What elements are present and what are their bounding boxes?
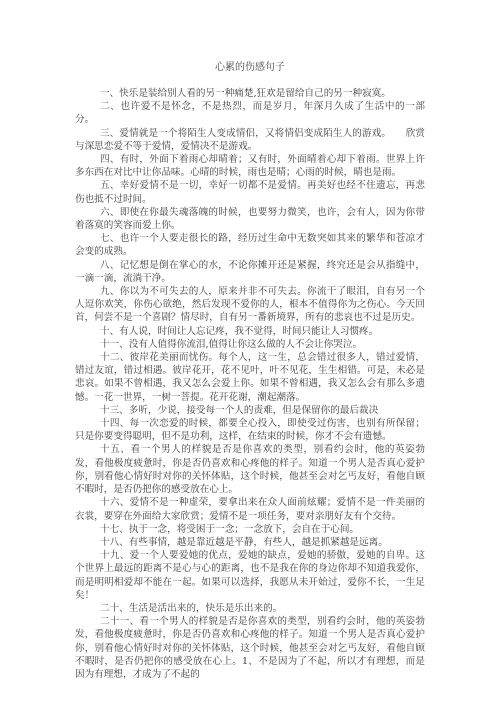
paragraph-10: 十、有人说，时间让人忘记疼，我不觉得，时间只能让人习惯疼。 xyxy=(75,325,425,338)
document-title: 心累的伤感句子 xyxy=(0,58,500,73)
paragraph-3: 三、爱情就是一个将陌生人变成情侣，又将情侣变成陌生人的游戏。 欣赏与深思恋爱不等… xyxy=(75,127,425,153)
paragraph-19: 十九、爱一个人要爱她的优点，爱她的缺点，爱她的骄傲，爱她的自卑。这个世界上最远的… xyxy=(75,549,425,602)
paragraph-2: 二、也许爱不是怀念，不是热烈，而是岁月，年深月久成了生活中的一部分。 xyxy=(75,100,425,126)
paragraph-7: 七、也许一个人要走很长的路，经历过生命中无数突如其来的繁华和苍凉才会变的成熟。 xyxy=(75,232,425,258)
paragraph-14: 十四、每一次恋爱的时候，都要全心投入，即使受过伤害，也别有所保留；只是你要变得聪… xyxy=(75,417,425,443)
paragraph-16: 十六、爱情不是一种虚荣，要拿出来在众人面前炫耀；爱情不是一件美丽的衣裳，要穿在外… xyxy=(75,496,425,522)
paragraph-9: 九、你以为不可失去的人，原来并非不可失去。你流干了眼泪，自有另一个人逗你欢笑，你… xyxy=(75,285,425,325)
paragraph-11: 十一、没有人值得你流泪,值得让你这么做的人不会让你哭泣。 xyxy=(75,338,425,351)
document-page: 心累的伤感句子 一、快乐是装给别人看的另一种痛楚,狂欢是留给自己的另一种寂寞。 … xyxy=(0,0,500,708)
paragraph-15: 十五、看一个男人的样貌是否是你喜欢的类型，别看约会时，他的英姿勃发，看他极度疲惫… xyxy=(75,443,425,496)
paragraph-12: 十二、彼岸花美丽而忧伤。每个人，这一生，总会错过很多人，错过爱情，错过友谊，错过… xyxy=(75,351,425,404)
paragraph-6: 六、即使在你最失魂落魄的时候，也要努力微笑，也许，会有人，因为你带着落寞的笑容而… xyxy=(75,206,425,232)
paragraph-1: 一、快乐是装给别人看的另一种痛楚,狂欢是留给自己的另一种寂寞。 xyxy=(75,87,425,100)
paragraph-4: 四、有时，外面下着雨心却晴着；又有时，外面晴着心却下着雨。世界上许多东西在对比中… xyxy=(75,153,425,179)
paragraph-13: 十三、多听，少说，接受每一个人的责难，但是保留你的最后裁决 xyxy=(75,404,425,417)
paragraph-20: 二十、生活是活出来的，快乐是乐出来的。 xyxy=(75,602,425,615)
paragraph-8: 八、记忆想是倒在掌心的水，不论你摊开还是紧握，终究还是会从指缝中，一滴一滴，流淌… xyxy=(75,259,425,285)
paragraph-18: 十八、有些事情，越是靠近越是平静，有些人，越是抓紧越是远离。 xyxy=(75,536,425,549)
paragraph-21: 二十一、看一个男人的样貌是否是你喜欢的类型，别看约会时，他的英姿勃发，看他极度疲… xyxy=(75,615,425,681)
document-body: 一、快乐是装给别人看的另一种痛楚,狂欢是留给自己的另一种寂寞。 二、也许爱不是怀… xyxy=(75,87,425,681)
paragraph-17: 十七、执于一念，将受困于一念；一念放下，会自在于心间。 xyxy=(75,523,425,536)
paragraph-5: 五、幸好爱情不是一切，幸好一切都不是爱情。再美好也经不住遗忘，再悲伤也抵不过时间… xyxy=(75,179,425,205)
